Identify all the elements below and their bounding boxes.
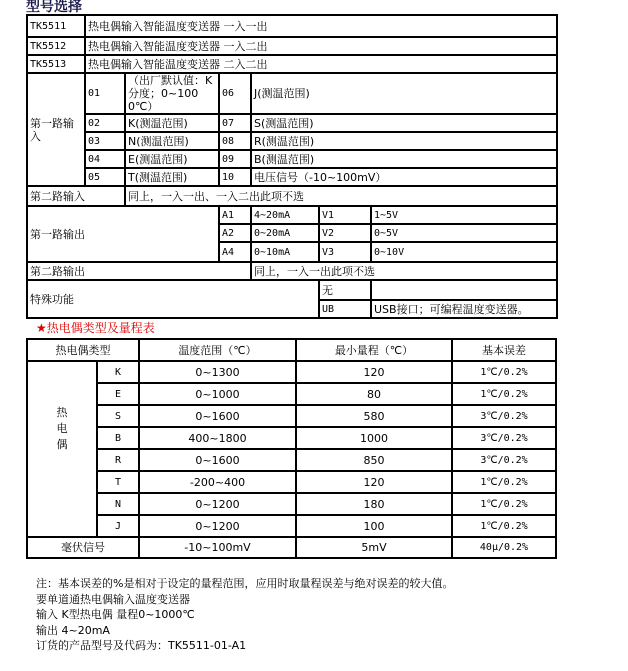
tc-error: 1℃/0.2%	[452, 361, 556, 383]
input1-row: 05 T(测温范围) 10 电压信号（-10~100mV）	[27, 168, 557, 186]
note-line: 订货的产品型号及代码为：TK5511-01-A1	[36, 638, 453, 654]
tc-range: 0~1600	[139, 405, 296, 427]
option-code-2: 06	[219, 73, 251, 114]
option-code-2: 09	[219, 150, 251, 168]
output1-row: 第一路输出 A1 4~20mA V1 1~5V	[27, 206, 557, 224]
tc-type: S	[97, 405, 139, 427]
header-range: 温度范围（℃）	[139, 339, 296, 361]
option-desc	[371, 280, 557, 300]
note-line: 输入 K型热电偶 量程0~1000℃	[36, 607, 453, 623]
option-code: 03	[85, 132, 125, 150]
option-desc-2: B(测温范围)	[251, 150, 557, 168]
tc-range: 0~1300	[139, 361, 296, 383]
tc-type: K	[97, 361, 139, 383]
mv-type: 毫伏信号	[27, 537, 139, 558]
special-label: 特殊功能	[27, 280, 319, 318]
option-code: 无	[319, 280, 371, 300]
option-desc: T(测温范围)	[125, 168, 219, 186]
option-code: 02	[85, 114, 125, 132]
tc-type: T	[97, 471, 139, 493]
input2-row: 第二路输入 同上，一入一出、一入二出此项不选	[27, 186, 557, 206]
tc-error: 3℃/0.2%	[452, 405, 556, 427]
table-row: N 0~1200 180 1℃/0.2%	[27, 493, 556, 515]
model-desc: 热电偶输入智能温度变送器 一入二出	[85, 37, 557, 55]
option-desc-2: R(测温范围)	[251, 132, 557, 150]
input1-row: 03 N(测温范围) 08 R(测温范围)	[27, 132, 557, 150]
special-row: 特殊功能 无	[27, 280, 557, 300]
mv-error: 40μ/0.2%	[452, 537, 556, 558]
tc-min-span: 100	[296, 515, 452, 537]
option-desc-2: 0~10V	[371, 242, 557, 262]
tc-type: R	[97, 449, 139, 471]
tc-min-span: 850	[296, 449, 452, 471]
option-desc-2: 0~5V	[371, 224, 557, 242]
note-line: 要单道通热电偶输入温度变送器	[36, 592, 453, 608]
tc-range: 400~1800	[139, 427, 296, 449]
option-desc-2: 电压信号（-10~100mV）	[251, 168, 557, 186]
option-code-2: 08	[219, 132, 251, 150]
tc-type: B	[97, 427, 139, 449]
input2-desc: 同上，一入一出、一入二出此项不选	[125, 186, 557, 206]
model-code: TK5513	[27, 55, 85, 73]
tc-type: E	[97, 383, 139, 405]
table-row: R 0~1600 850 3℃/0.2%	[27, 449, 556, 471]
option-desc: 4~20mA	[251, 206, 319, 224]
option-desc: USB接口；可编程温度变送器。	[371, 300, 557, 318]
header-error: 基本误差	[452, 339, 556, 361]
model-selection-table: TK5511 热电偶输入智能温度变送器 一入一出 TK5512 热电偶输入智能温…	[26, 14, 558, 319]
table-row: J 0~1200 100 1℃/0.2%	[27, 515, 556, 537]
table-row: 热 电 偶 K 0~1300 120 1℃/0.2%	[27, 361, 556, 383]
table-row: S 0~1600 580 3℃/0.2%	[27, 405, 556, 427]
model-row: TK5512 热电偶输入智能温度变送器 一入二出	[27, 37, 557, 55]
group-label-char: 电	[30, 421, 94, 437]
option-desc: E(测温范围)	[125, 150, 219, 168]
option-code: A2	[219, 224, 251, 242]
header-min-span: 最小量程（℃）	[296, 339, 452, 361]
output2-row: 第二路输出 同上，一入一出此项不选	[27, 262, 557, 280]
notes: 注：基本误差的%是相对于设定的量程范围，应用时取量程误差与绝对误差的较大值。 要…	[36, 576, 453, 654]
tc-error: 1℃/0.2%	[452, 515, 556, 537]
group-label-char: 偶	[30, 437, 94, 453]
tc-error: 1℃/0.2%	[452, 493, 556, 515]
mv-min-span: 5mV	[296, 537, 452, 558]
tc-range: 0~1200	[139, 493, 296, 515]
tc-error: 3℃/0.2%	[452, 449, 556, 471]
tc-min-span: 80	[296, 383, 452, 405]
option-desc: K(测温范围)	[125, 114, 219, 132]
table-row: E 0~1000 80 1℃/0.2%	[27, 383, 556, 405]
option-code-2: V2	[319, 224, 371, 242]
option-code: A4	[219, 242, 251, 262]
input1-row: 第一路输入 01 （出厂默认值：K分度；0~1000℃） 06 J(测温范围)	[27, 73, 557, 114]
option-desc-2: S(测温范围)	[251, 114, 557, 132]
option-code: A1	[219, 206, 251, 224]
model-desc: 热电偶输入智能温度变送器 一入一出	[85, 15, 557, 37]
option-code-2: 07	[219, 114, 251, 132]
tc-min-span: 120	[296, 471, 452, 493]
model-code: TK5512	[27, 37, 85, 55]
thermocouple-range-table: 热电偶类型 温度范围（℃） 最小量程（℃） 基本误差 热 电 偶 K 0~130…	[26, 338, 557, 559]
tc-error: 3℃/0.2%	[452, 427, 556, 449]
tc-error: 1℃/0.2%	[452, 383, 556, 405]
option-code-2: V1	[319, 206, 371, 224]
output2-label: 第二路输出	[27, 262, 251, 280]
option-code: 05	[85, 168, 125, 186]
input1-label: 第一路输入	[27, 73, 85, 186]
group-label-char: 热	[30, 405, 94, 421]
range-table-title: ★热电偶类型及量程表	[36, 319, 155, 336]
note-line: 输出 4~20mA	[36, 623, 453, 639]
output1-label: 第一路输出	[27, 206, 219, 262]
table-row: T -200~400 120 1℃/0.2%	[27, 471, 556, 493]
header-row: 热电偶类型 温度范围（℃） 最小量程（℃） 基本误差	[27, 339, 556, 361]
tc-type: N	[97, 493, 139, 515]
tc-range: 0~1000	[139, 383, 296, 405]
tc-error: 1℃/0.2%	[452, 471, 556, 493]
tc-min-span: 120	[296, 361, 452, 383]
model-row: TK5511 热电偶输入智能温度变送器 一入一出	[27, 15, 557, 37]
note-line: 注：基本误差的%是相对于设定的量程范围，应用时取量程误差与绝对误差的较大值。	[36, 576, 453, 592]
header-type: 热电偶类型	[27, 339, 139, 361]
input1-row: 04 E(测温范围) 09 B(测温范围)	[27, 150, 557, 168]
option-desc: （出厂默认值：K分度；0~1000℃）	[125, 73, 219, 114]
tc-range: 0~1200	[139, 515, 296, 537]
group-label: 热 电 偶	[27, 361, 97, 537]
option-code: UB	[319, 300, 371, 318]
model-row: TK5513 热电偶输入智能温度变送器 二入二出	[27, 55, 557, 73]
option-desc: 0~10mA	[251, 242, 319, 262]
tc-range: 0~1600	[139, 449, 296, 471]
model-code: TK5511	[27, 15, 85, 37]
option-code: 04	[85, 150, 125, 168]
tc-range: -200~400	[139, 471, 296, 493]
tc-min-span: 1000	[296, 427, 452, 449]
option-desc: N(测温范围)	[125, 132, 219, 150]
input2-label: 第二路输入	[27, 186, 125, 206]
input1-row: 02 K(测温范围) 07 S(测温范围)	[27, 114, 557, 132]
output2-desc: 同上，一入一出此项不选	[251, 262, 557, 280]
tc-type: J	[97, 515, 139, 537]
option-code: 01	[85, 73, 125, 114]
mv-range: -10~100mV	[139, 537, 296, 558]
tc-min-span: 580	[296, 405, 452, 427]
table-row: B 400~1800 1000 3℃/0.2%	[27, 427, 556, 449]
option-desc: 0~20mA	[251, 224, 319, 242]
option-desc-2: 1~5V	[371, 206, 557, 224]
model-desc: 热电偶输入智能温度变送器 二入二出	[85, 55, 557, 73]
option-code-2: V3	[319, 242, 371, 262]
option-desc-2: J(测温范围)	[251, 73, 557, 114]
option-code-2: 10	[219, 168, 251, 186]
tc-min-span: 180	[296, 493, 452, 515]
mv-row: 毫伏信号 -10~100mV 5mV 40μ/0.2%	[27, 537, 556, 558]
